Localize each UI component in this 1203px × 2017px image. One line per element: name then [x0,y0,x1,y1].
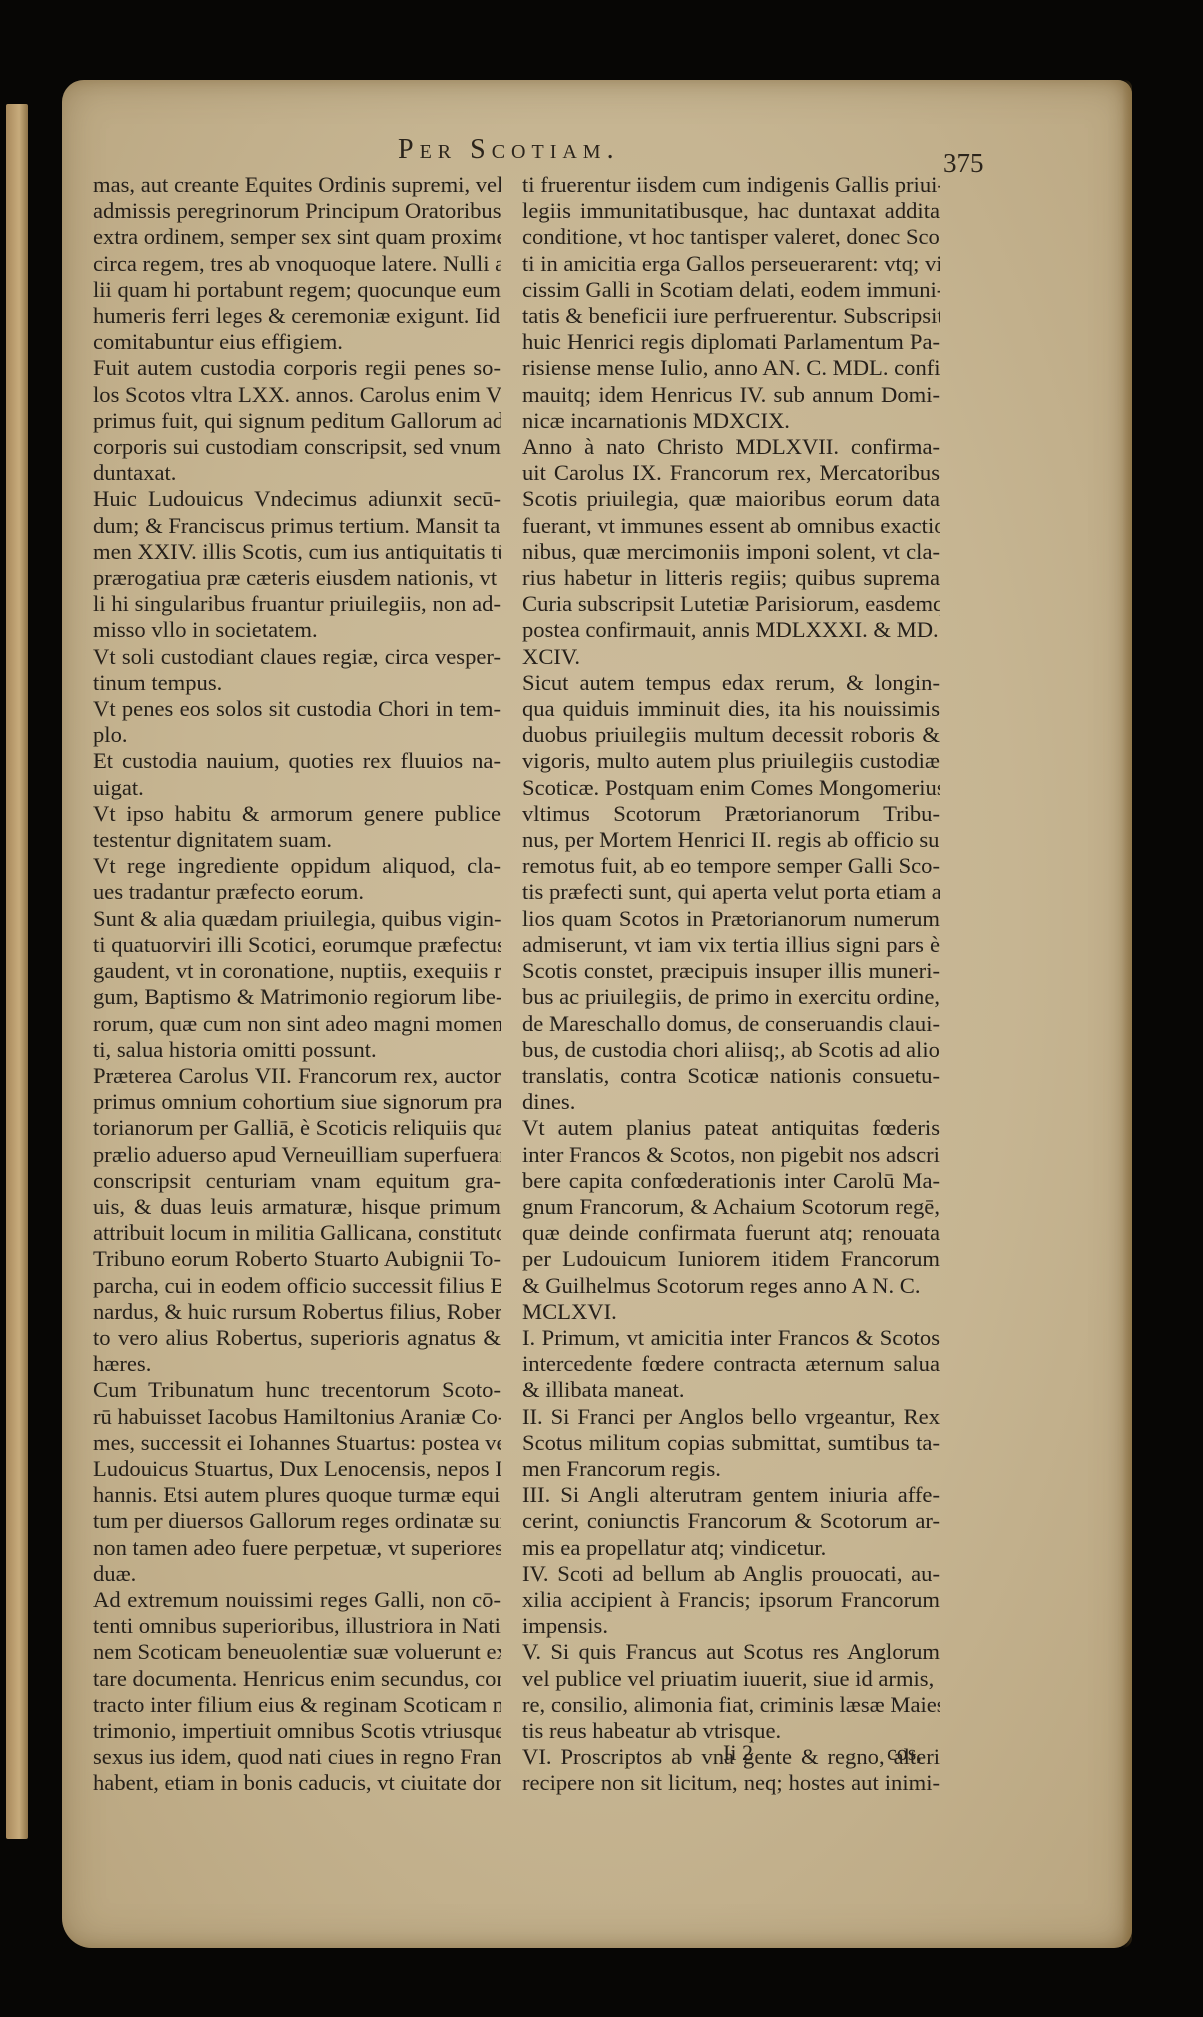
text-line: prælio aduerso apud Verneuilliam superfu… [93,1142,501,1168]
text-line: duntaxat. [93,460,501,486]
text-line: XCIV. [522,644,940,670]
text-line: huic Henrici regis diplomati Parlamentum… [522,329,940,355]
text-line: to vero alius Robertus, superioris agnat… [93,1325,501,1351]
text-line: hæres. [93,1351,501,1377]
text-line: sexus ius idem, quod nati ciues in regno… [93,1744,501,1770]
text-line: quæ deinde confirmata fuerunt atq; renou… [522,1220,940,1246]
text-line: inter Francos & Scotos, non pigebit nos … [522,1142,940,1168]
text-line: conditione, vt hoc tantisper valeret, do… [522,224,940,250]
text-line: recipere non sit licitum, neq; hostes au… [522,1770,940,1796]
text-line: men Francorum regis. [522,1456,940,1482]
text-line: Vt soli custodiant claues regiæ, circa v… [93,644,501,670]
text-line: uis, & duas leuis armaturæ, hisque primu… [93,1194,501,1220]
text-line: Vt ipso habitu & armorum genere publice [93,801,501,827]
text-line: fuerant, vt immunes essent ab omnibus ex… [522,513,940,539]
text-line: uigat. [93,775,501,801]
text-line: nem Scoticam beneuolentiæ suæ voluerunt … [93,1639,501,1665]
text-line: tis præfecti sunt, qui aperta velut port… [522,879,940,905]
text-line: & Guilhelmus Scotorum reges anno A N. C. [522,1273,940,1299]
text-line: admiserunt, vt iam vix tertia illius sig… [522,932,940,958]
text-line: bus, de custodia chori aliisq;, ab Scoti… [522,1037,940,1063]
text-line: Sicut autem tempus edax rerum, & longin- [522,670,940,696]
text-line: parcha, cui in eodem officio successit f… [93,1273,501,1299]
text-line: comitabuntur eius effigiem. [93,329,501,355]
text-line: li hi singularibus fruantur priuilegiis,… [93,591,501,617]
text-line: tracto inter filium eius & reginam Scoti… [93,1692,501,1718]
text-line: Tribuno eorum Roberto Stuarto Aubignii T… [93,1246,501,1272]
text-line: Sunt & alia quædam priuilegia, quibus vi… [93,906,501,932]
text-line: Scoticæ. Postquam enim Comes Mongomerius… [522,775,940,801]
text-line: postea confirmauit, annis MDLXXXI. & MD. [522,617,940,643]
previous-page-edge [6,104,28,1839]
text-line: circa regem, tres ab vnoquoque latere. N… [93,251,501,277]
text-line: gum, Baptismo & Matrimonio regiorum libe… [93,984,501,1010]
text-line: uit Carolus IX. Francorum rex, Mercatori… [522,460,940,486]
text-line: mes, successit ei Iohannes Stuartus: pos… [93,1430,501,1456]
right-column: ti fruerentur iisdem cum indigenis Galli… [522,172,940,1797]
text-line: I. Primum, vt amicitia inter Francos & S… [522,1325,940,1351]
text-line: duobus priuilegiis multum decessit robor… [522,722,940,748]
text-line: Et custodia nauium, quoties rex fluuios … [93,748,501,774]
text-line: trimonio, impertiuit omnibus Scotis vtri… [93,1718,501,1744]
text-line: humeris ferri leges & ceremoniæ exigunt.… [93,303,501,329]
text-line: bus ac priuilegiis, de primo in exercitu… [522,984,940,1010]
text-line: V. Si quis Francus aut Scotus res Anglor… [522,1639,940,1665]
text-line: vltimus Scotorum Prætorianorum Tribu- [522,801,940,827]
text-line: misso vllo in societatem. [93,617,501,643]
text-line: ti quatuorviri illi Scotici, eorumque pr… [93,932,501,958]
text-line: legiis immunitatibusque, hac duntaxat ad… [522,198,940,224]
text-line: ti in amicitia erga Gallos perseuerarent… [522,251,940,277]
text-line: Vt autem planius pateat antiquitas fœder… [522,1115,940,1141]
text-line: tare documenta. Henricus enim secundus, … [93,1666,501,1692]
text-line: admissis peregrinorum Principum Oratorib… [93,198,501,224]
signature-mark: Ii 2 [723,1740,753,1766]
text-line: extra ordinem, semper sex sint quam prox… [93,224,501,250]
text-line: tum per diuersos Gallorum reges ordinatæ… [93,1508,501,1534]
text-line: nibus, quæ mercimoniis imponi solent, vt… [522,539,940,565]
text-line: rū habuisset Iacobus Hamiltonius Araniæ … [93,1404,501,1430]
text-line: nicæ incarnationis MDXCIX. [522,408,940,434]
text-line: nardus, & huic rursum Robertus filius, R… [93,1299,501,1325]
text-line: intercedente fœdere contracta æternum sa… [522,1351,940,1377]
text-line: & illibata maneat. [522,1377,940,1403]
text-line: gnum Francorum, & Achaium Scotorum regē, [522,1194,940,1220]
text-line: per Ludouicum Iuniorem itidem Francorum [522,1246,940,1272]
text-line: ti fruerentur iisdem cum indigenis Galli… [522,172,940,198]
text-line: translatis, contra Scoticæ nationis cons… [522,1063,940,1089]
text-line: prærogatiua præ cæteris eiusdem nationis… [93,565,501,591]
text-line: impensis. [522,1613,940,1639]
text-line: dum; & Franciscus primus tertium. Mansit… [93,513,501,539]
text-line: conscripsit centuriam vnam equitum gra- [93,1168,501,1194]
running-head: Per Scotiam. [398,134,620,166]
text-line: Ludouicus Stuartus, Dux Lenocensis, nepo… [93,1456,501,1482]
text-line: Vt penes eos solos sit custodia Chori in… [93,696,501,722]
text-line: primus fuit, qui signum peditum Gallorum… [93,408,501,434]
text-line: Præterea Carolus VII. Francorum rex, auc… [93,1063,501,1089]
text-line: torianorum per Galliā, è Scoticis reliqu… [93,1115,501,1141]
text-line: Huic Ludouicus Vndecimus adiunxit secū- [93,486,501,512]
text-line: cerint, coniunctis Francorum & Scotorum … [522,1508,940,1534]
text-line: habent, etiam in bonis caducis, vt ciuit… [93,1770,501,1796]
text-line: hannis. Etsi autem plures quoque turmæ e… [93,1482,501,1508]
text-line: gaudent, vt in coronatione, nuptiis, exe… [93,958,501,984]
text-line: men XXIV. illis Scotis, cum ius antiquit… [93,539,501,565]
text-line: mis ea propellatur atq; vindicetur. [522,1535,940,1561]
text-line: mas, aut creante Equites Ordinis supremi… [93,172,501,198]
text-line: plo. [93,722,501,748]
text-line: MCLXVI. [522,1299,940,1325]
text-line: bere capita confœderationis inter Carolū… [522,1168,940,1194]
text-line: los Scotos vltra LXX. annos. Carolus eni… [93,382,501,408]
text-line: vigoris, multo autem plus priuilegiis cu… [522,748,940,774]
page-number: 375 [943,148,984,179]
text-line: duæ. [93,1561,501,1587]
text-line: testentur dignitatem suam. [93,827,501,853]
text-line: attribuit locum in militia Gallicana, co… [93,1220,501,1246]
catchword: cos, [887,1740,922,1766]
text-line: corporis sui custodiam conscripsit, sed … [93,434,501,460]
text-line: mauitq; idem Henricus IV. sub annum Domi… [522,382,940,408]
text-line: vel publice vel priuatim iuuerit, siue i… [522,1666,940,1692]
text-line: remotus fuit, ab eo tempore semper Galli… [522,853,940,879]
text-line: Scotis constet, præcipuis insuper illis … [522,958,940,984]
text-line: Scotis priuilegia, quæ maioribus eorum d… [522,486,940,512]
text-line: de Mareschallo domus, de conseruandis cl… [522,1011,940,1037]
text-line: risiense mense Iulio, anno AN. C. MDL. c… [522,355,940,381]
text-line: Cum Tribunatum hunc trecentorum Scoto- [93,1377,501,1403]
text-line: cissim Galli in Scotiam delati, eodem im… [522,277,940,303]
text-line: lios quam Scotos in Prætorianorum numeru… [522,906,940,932]
text-line: lii quam hi portabunt regem; quocunque e… [93,277,501,303]
text-line: qua quiduis imminuit dies, ita his nouis… [522,696,940,722]
text-line: tinum tempus. [93,670,501,696]
text-line: ti, salua historia omitti possunt. [93,1037,501,1063]
text-line: Curia subscripsit Lutetiæ Parisiorum, ea… [522,591,940,617]
text-line: ues tradantur præfecto eorum. [93,879,501,905]
text-line: primus omnium cohortium siue signorum pr… [93,1089,501,1115]
text-line: Fuit autem custodia corporis regii penes… [93,355,501,381]
text-line: rius habetur in litteris regiis; quibus … [522,565,940,591]
text-line: tatis & beneficii iure perfruerentur. Su… [522,303,940,329]
text-line: Ad extremum nouissimi reges Galli, non c… [93,1587,501,1613]
text-line: Vt rege ingrediente oppidum aliquod, cla… [93,853,501,879]
text-line: nus, per Mortem Henrici II. regis ab off… [522,827,940,853]
text-line: xilia accipient à Francis; ipsorum Franc… [522,1587,940,1613]
left-column: mas, aut creante Equites Ordinis supremi… [93,172,501,1797]
text-line: re, consilio, alimonia fiat, criminis læ… [522,1692,940,1718]
text-line: tenti omnibus superioribus, illustriora … [93,1613,501,1639]
text-line: Anno à nato Christo MDLXVII. confirma- [522,434,940,460]
text-line: dines. [522,1089,940,1115]
text-line: IV. Scoti ad bellum ab Anglis prouocati,… [522,1561,940,1587]
text-line: rorum, quæ cum non sint adeo magni momen… [93,1011,501,1037]
text-line: III. Si Angli alterutram gentem iniuria … [522,1482,940,1508]
text-line: II. Si Franci per Anglos bello vrgeantur… [522,1404,940,1430]
text-line: Scotus militum copias submittat, sumtibu… [522,1430,940,1456]
text-line: non tamen adeo fuere perpetuæ, vt superi… [93,1535,501,1561]
